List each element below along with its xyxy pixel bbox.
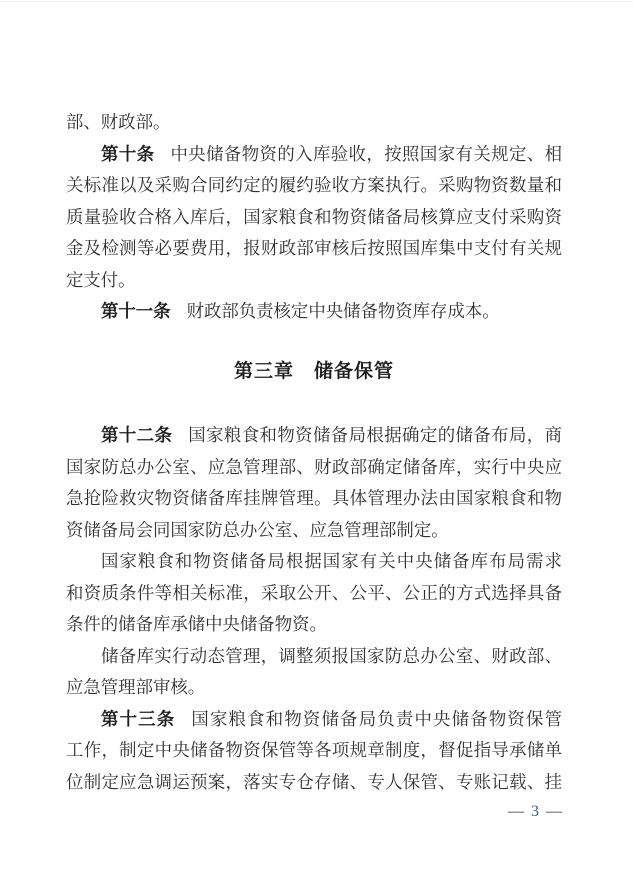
page-number-dash-right: — (546, 803, 562, 820)
text-line: 质量验收合格入库后，国家粮食和物资储备局核算应支付采购资 (66, 202, 562, 234)
line-text: 工作，制定中央储备物资保管等各项规章制度，督促指导承储单 (66, 740, 562, 760)
line-text: 位制定应急调运预案，落实专仓存储、专人保管、专账记载、挂 (66, 772, 562, 792)
line-text: 质量验收合格入库后，国家粮食和物资储备局核算应支付采购资 (66, 207, 562, 227)
text-line: 第十一条财政部负责核定中央储备物资库存成本。 (66, 296, 562, 328)
text-line: 储备库实行动态管理，调整须报国家防总办公室、财政部、 (66, 641, 562, 673)
line-text: 财政部负责核定中央储备物资库存成本。 (187, 301, 500, 321)
text-line: 定支付。 (66, 265, 562, 297)
page-number-value: 3 (531, 803, 539, 820)
line-text: 国家粮食和物资储备局根据确定的储备布局，商 (188, 425, 562, 445)
text-line: 金及检测等必要费用，报财政部审核后按照国库集中支付有关规 (66, 233, 562, 265)
text-line: 国家粮食和物资储备局根据国家有关中央储备库布局需求 (66, 546, 562, 578)
line-text: 应急管理部审核。 (66, 677, 205, 697)
line-text: 资储备局会同国家防总办公室、应急管理部制定。 (66, 520, 449, 540)
document-body: 部、财政部。第十条中央储备物资的入库验收，按照国家有关规定、相关标准以及采购合同… (66, 107, 562, 824)
article-number-label: 第十二条 (101, 425, 172, 445)
line-text: 储备库实行动态管理，调整须报国家防总办公室、财政部、 (101, 646, 562, 666)
line-text: 定支付。 (66, 270, 136, 290)
text-line: 位制定应急调运预案，落实专仓存储、专人保管、专账记载、挂 (66, 767, 562, 799)
text-line: 条件的储备库承储中央储备物资。 (66, 609, 562, 641)
text-line: 关标准以及采购合同约定的履约验收方案执行。采购物资数量和 (66, 170, 562, 202)
text-line: 国家防总办公室、应急管理部、财政部确定储备库，实行中央应 (66, 452, 562, 484)
document-page: 部、财政部。第十条中央储备物资的入库验收，按照国家有关规定、相关标准以及采购合同… (0, 0, 633, 877)
text-line: 应急管理部审核。 (66, 672, 562, 704)
text-line: 第十条中央储备物资的入库验收，按照国家有关规定、相 (66, 139, 562, 171)
line-text: 国家粮食和物资储备局根据国家有关中央储备库布局需求 (101, 551, 562, 571)
article-number-label: 第十一条 (101, 301, 171, 321)
scan-artifact-line (0, 1, 633, 2)
article-number-label: 第十三条 (101, 709, 175, 729)
text-line: 急抢险救灾物资储备库挂牌管理。具体管理办法由国家粮食和物 (66, 483, 562, 515)
page-footer: —3— (66, 800, 562, 824)
line-text: 国家粮食和物资储备局负责中央储备物资保管 (191, 709, 562, 729)
text-line: 资储备局会同国家防总办公室、应急管理部制定。 (66, 515, 562, 547)
line-text: 急抢险救灾物资储备库挂牌管理。具体管理办法由国家粮食和物 (66, 488, 562, 508)
line-text: 国家防总办公室、应急管理部、财政部确定储备库，实行中央应 (66, 457, 562, 477)
text-line: 第十三条国家粮食和物资储备局负责中央储备物资保管 (66, 704, 562, 736)
page-number-dash-left: — (508, 803, 524, 820)
line-text: 部、财政部。 (66, 112, 170, 132)
chapter-heading: 第三章 储备保管 (66, 356, 562, 388)
line-text: 和资质条件等相关标准，采取公开、公平、公正的方式选择具备 (66, 583, 562, 603)
article-number-label: 第十条 (101, 144, 154, 164)
text-line: 和资质条件等相关标准，采取公开、公平、公正的方式选择具备 (66, 578, 562, 610)
text-lines-container: 部、财政部。第十条中央储备物资的入库验收，按照国家有关规定、相关标准以及采购合同… (66, 107, 562, 798)
line-text: 中央储备物资的入库验收，按照国家有关规定、相 (170, 144, 562, 164)
text-line: 工作，制定中央储备物资保管等各项规章制度，督促指导承储单 (66, 735, 562, 767)
line-text: 条件的储备库承储中央储备物资。 (66, 614, 327, 634)
text-line: 部、财政部。 (66, 107, 562, 139)
text-line: 第十二条国家粮食和物资储备局根据确定的储备布局，商 (66, 420, 562, 452)
line-text: 金及检测等必要费用，报财政部审核后按照国库集中支付有关规 (66, 238, 562, 258)
page-number: —3— (508, 803, 562, 820)
line-text: 关标准以及采购合同约定的履约验收方案执行。采购物资数量和 (66, 175, 562, 195)
